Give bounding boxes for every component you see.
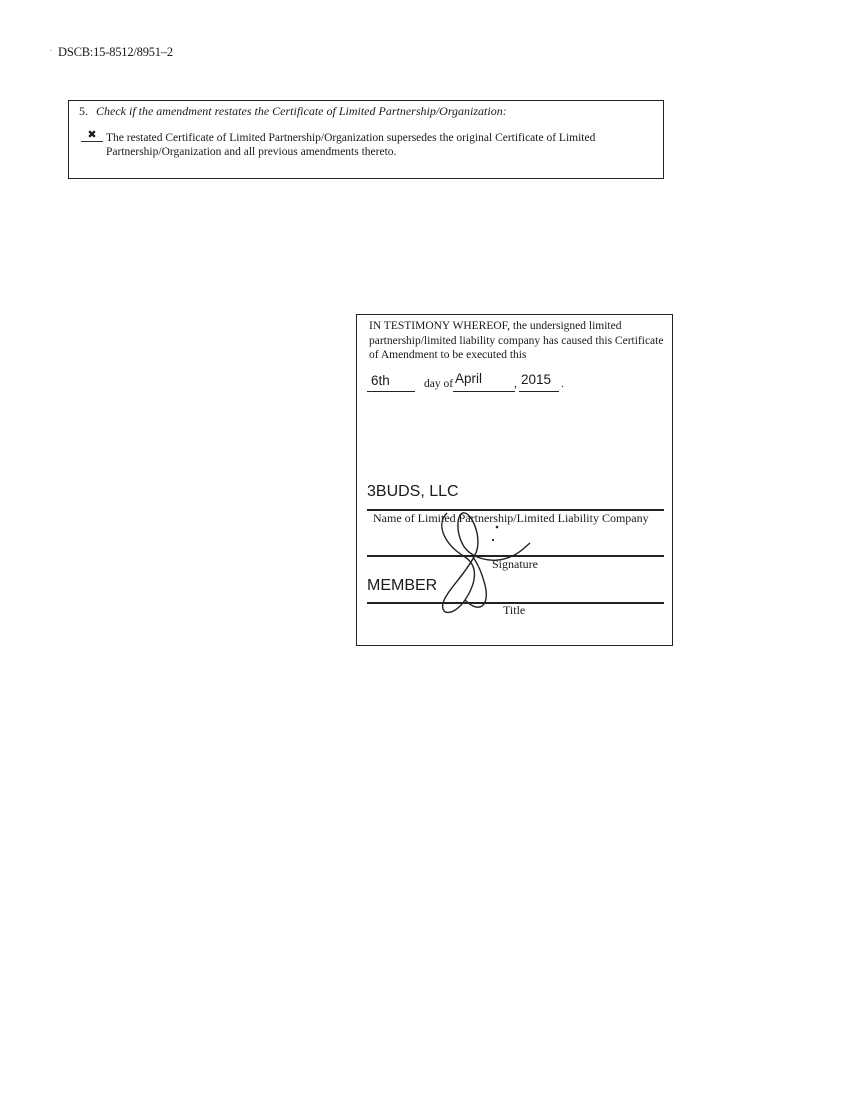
year-field[interactable]: 2015 xyxy=(521,372,551,387)
section-number: 5. xyxy=(79,104,88,118)
year-underline xyxy=(519,391,559,392)
testimony-signature-box: IN TESTIMONY WHEREOF, the undersigned li… xyxy=(356,314,673,646)
section-5-restatement-box: 5.Check if the amendment restates the Ce… xyxy=(68,100,664,179)
scan-speck: · xyxy=(49,46,52,57)
document-id: DSCB:15-8512/8951–2 xyxy=(58,45,173,60)
company-name-field[interactable]: 3BUDS, LLC xyxy=(367,483,459,501)
year-separator: , xyxy=(514,378,517,390)
day-of-label: day of xyxy=(424,378,453,390)
signature-label: Signature xyxy=(492,557,538,572)
company-label: Name of Limited Partnership/Limited Liab… xyxy=(373,511,649,526)
section-heading-text: Check if the amendment restates the Cert… xyxy=(96,104,507,118)
title-field[interactable]: MEMBER xyxy=(367,577,437,595)
day-underline xyxy=(367,391,415,392)
day-field[interactable]: 6th xyxy=(371,373,390,388)
month-field[interactable]: April xyxy=(455,371,482,386)
month-underline xyxy=(453,391,515,392)
section-5-heading: 5.Check if the amendment restates the Ce… xyxy=(79,104,507,119)
title-label: Title xyxy=(503,603,525,618)
execution-date-row: 6th day of April , 2015 . xyxy=(367,369,667,393)
date-period: . xyxy=(561,378,564,390)
restated-statement: The restated Certificate of Limited Part… xyxy=(106,131,651,159)
testimony-text: IN TESTIMONY WHEREOF, the undersigned li… xyxy=(369,319,664,363)
restated-checkbox[interactable]: ✖ xyxy=(81,129,103,142)
